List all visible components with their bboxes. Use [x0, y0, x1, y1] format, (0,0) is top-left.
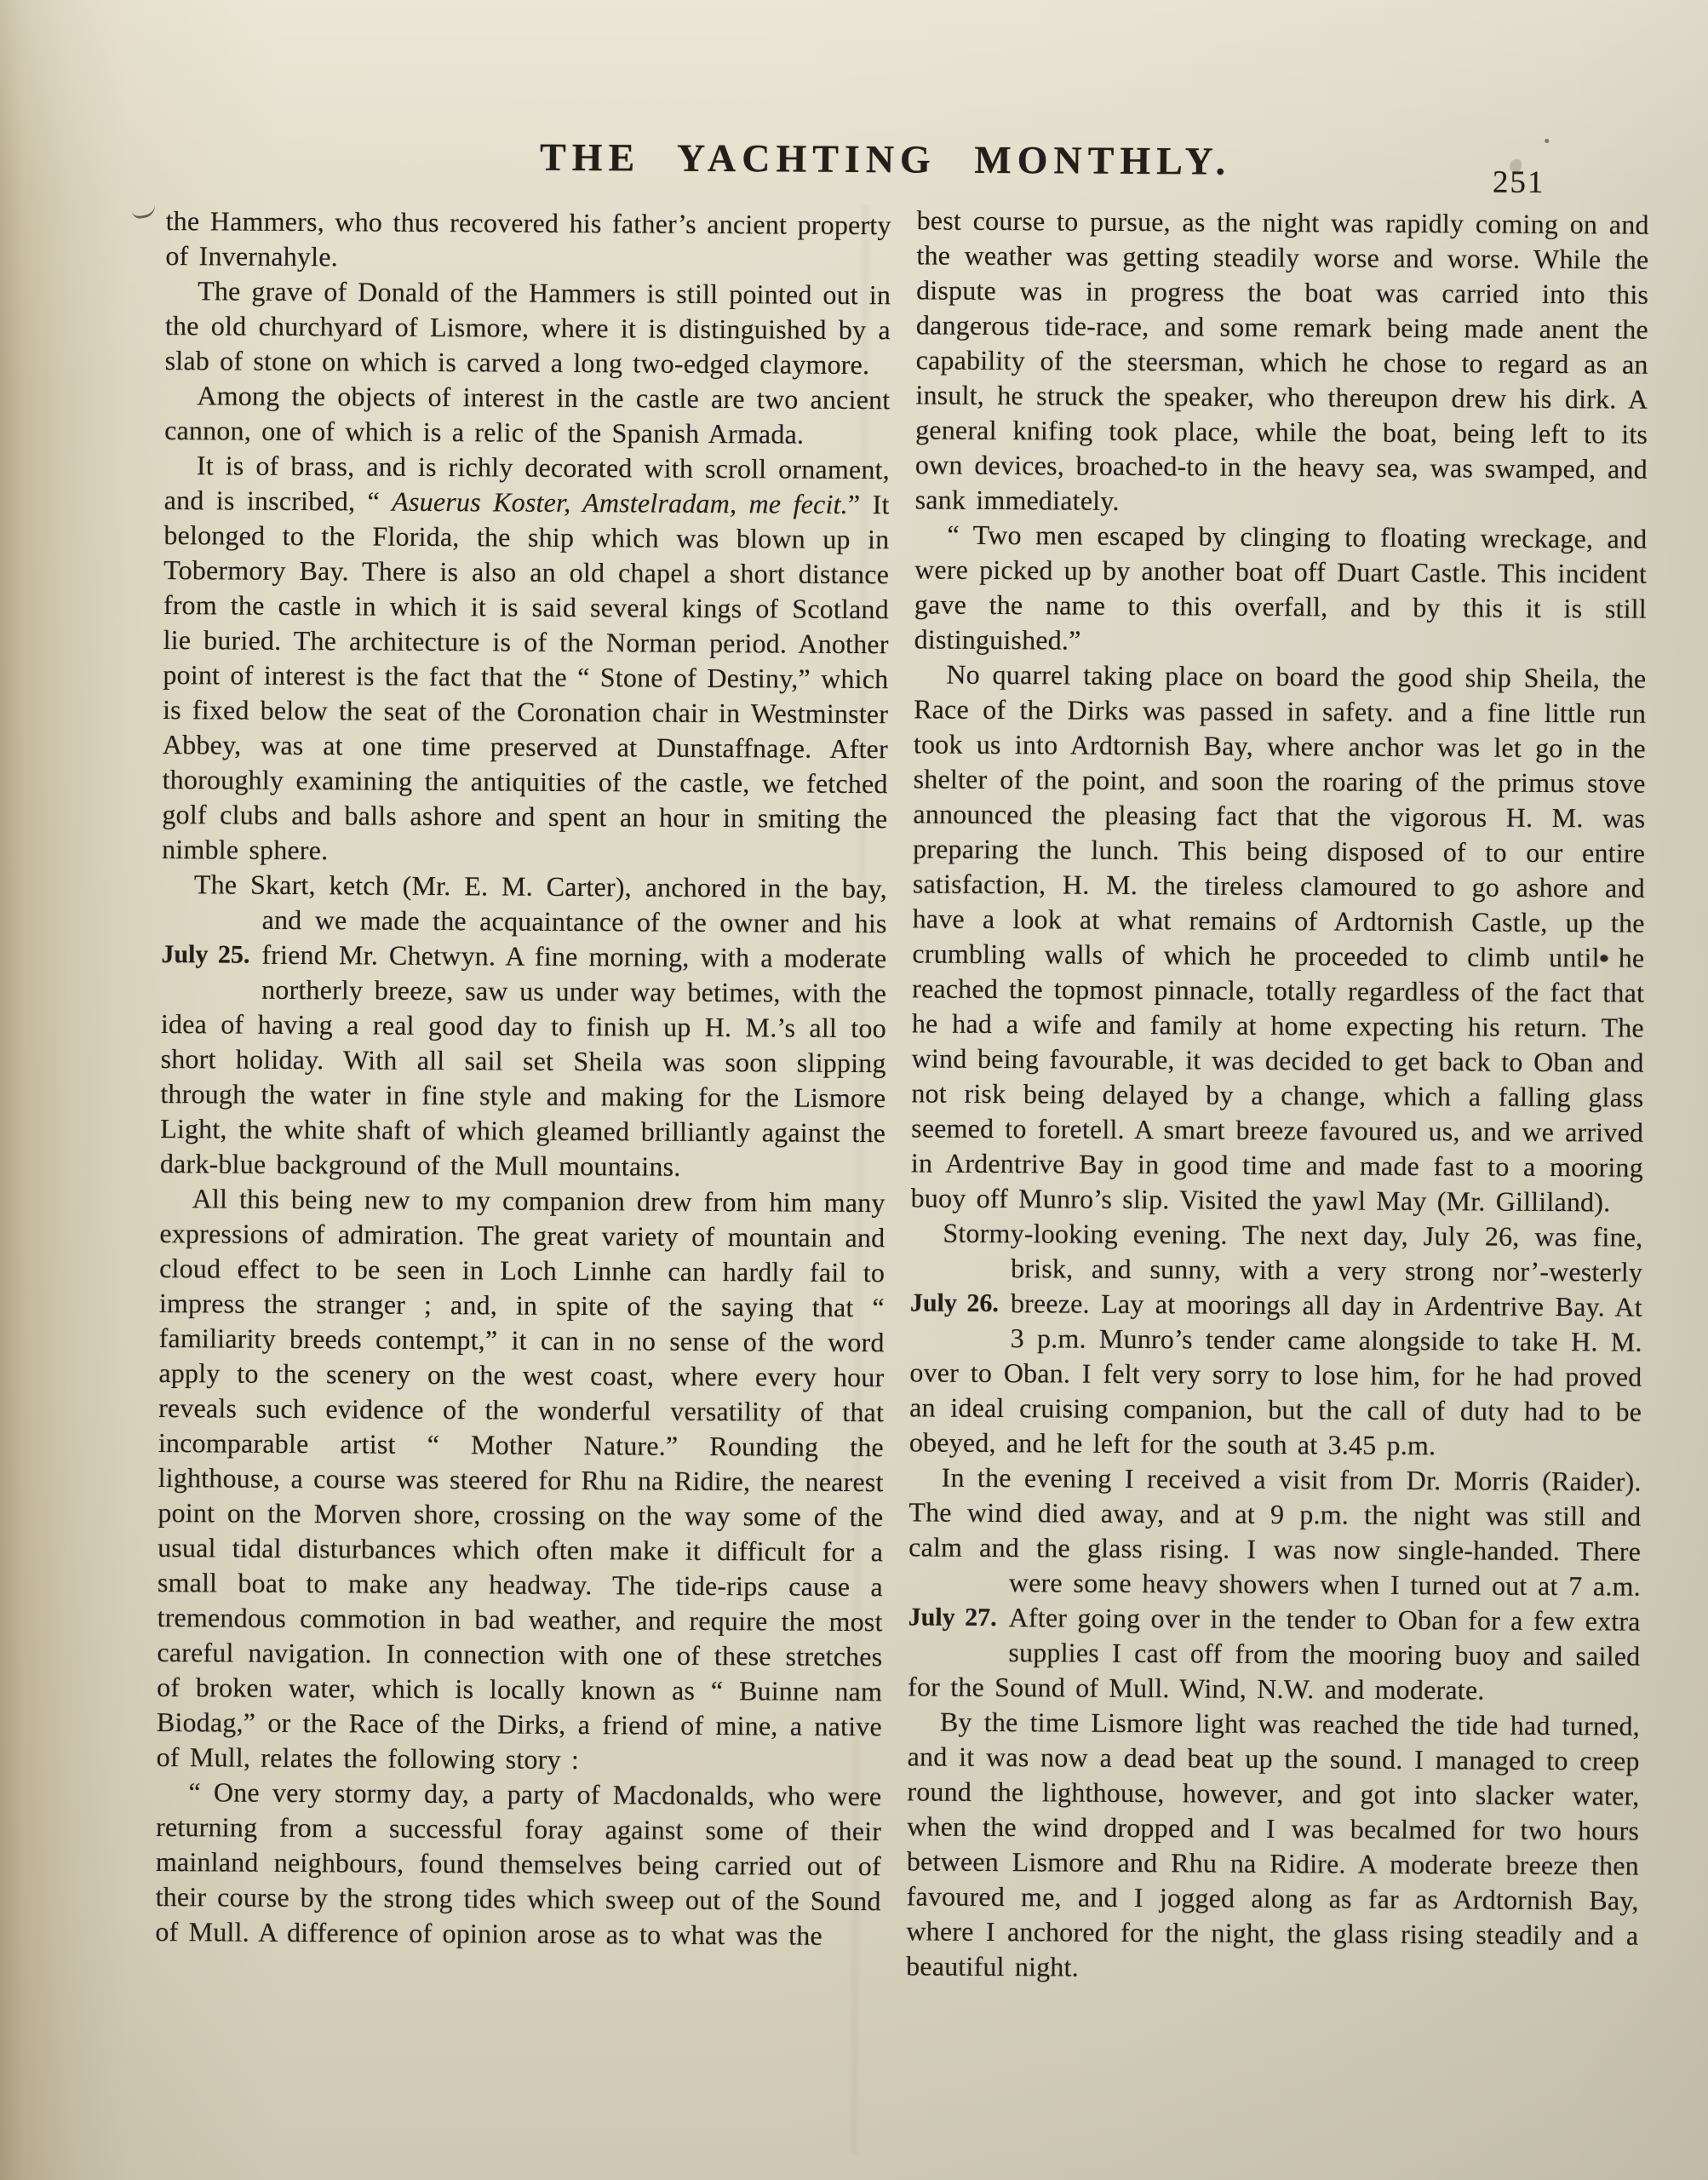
ink-speck [1545, 139, 1549, 143]
paragraph: No quarrel taking place on board the goo… [911, 657, 1647, 1219]
paragraph: best course to pursue, as the night was … [915, 203, 1649, 521]
running-header-title: THE YACHTING MONTHLY. [4, 131, 1708, 187]
margin-date-label: July 26. [910, 1250, 1001, 1356]
paragraph: All this being new to my companion drew … [157, 1181, 886, 1779]
column-left: the Hammers, who thus recovered his fath… [154, 204, 891, 2180]
scanned-magazine-page: THE YACHTING MONTHLY. 251 the Hammers, w… [0, 0, 1708, 2180]
paragraph: By the time Lismore light was reached th… [906, 1704, 1640, 1988]
paragraph: Stormy-looking evening. The next day, Ju… [909, 1215, 1643, 1464]
paragraph: It is of brass, and is richly decorated … [162, 448, 890, 871]
ink-speck [1600, 955, 1608, 961]
paragraph: “ Two men escaped by clinging to floatin… [914, 517, 1648, 661]
paragraph: Among the objects of interest in the cas… [164, 378, 890, 452]
paragraph: The Skart, ketch (Mr. E. M. Carter), anc… [160, 867, 887, 1185]
paragraph: In the evening I received a visit from D… [908, 1460, 1642, 1708]
column-right: best course to pursue, as the night was … [905, 203, 1649, 2179]
ink-mark [131, 202, 157, 220]
paragraph: the Hammers, who thus recovered his fath… [165, 204, 891, 278]
margin-date-label: July 25. [161, 902, 252, 1007]
margin-date-label: July 27. [908, 1564, 999, 1670]
page-content: THE YACHTING MONTHLY. 251 the Hammers, w… [0, 0, 1708, 2180]
paragraph: “ One very stormy day, a party of Macdon… [155, 1775, 881, 1953]
paragraph: The grave of Donald of the Hammers is st… [165, 273, 891, 382]
italic-inscription: Asuerus Koster, Amstelradam, me fecit. [392, 486, 848, 519]
